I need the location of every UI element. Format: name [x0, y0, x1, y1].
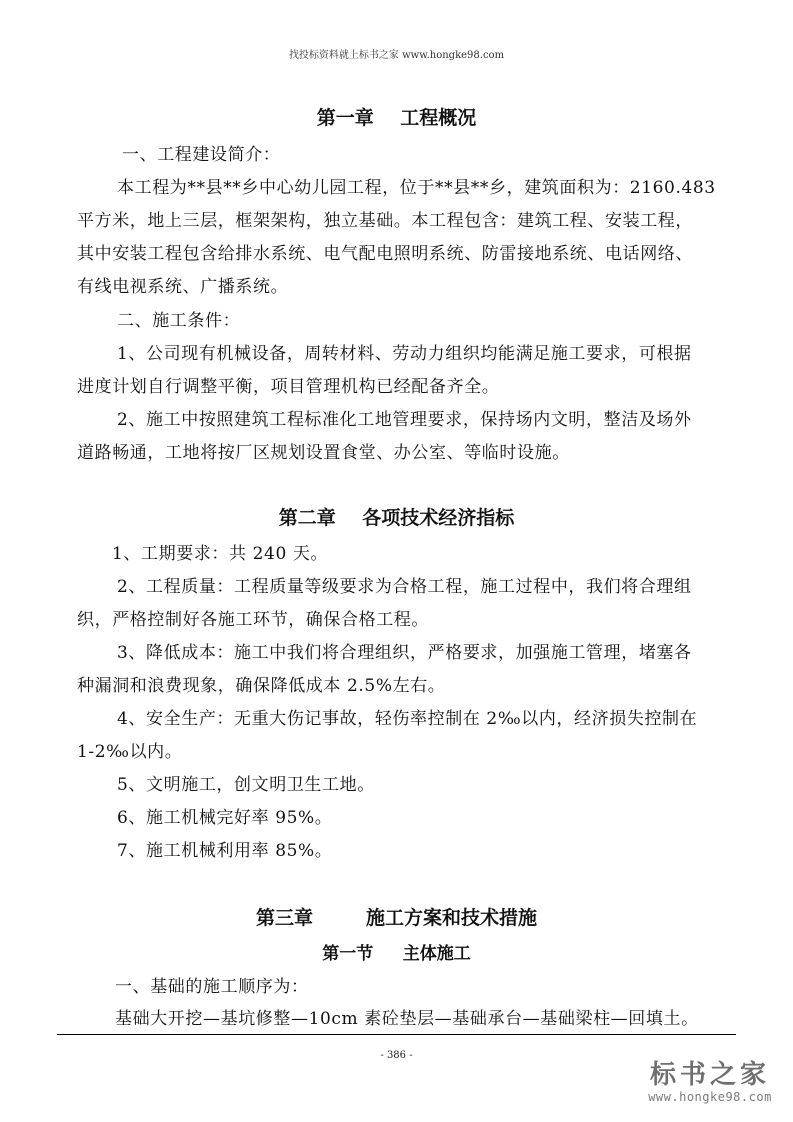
- section-1-title: 一、工程建设简介：: [122, 140, 280, 165]
- indicator-line: 3、降低成本：施工中我们将合理组织，严格要求，加强施工管理，堵塞各: [117, 638, 692, 663]
- header-watermark-note: 找投标资料就上标书之家 www.hongke98.com: [0, 46, 793, 61]
- footer-rule: [57, 1034, 736, 1035]
- logo-url: www.hongke98.com: [635, 1090, 785, 1104]
- chapter-2-title: 第二章 各项技术经济指标: [0, 503, 793, 530]
- indicator-line: 7、施工机械利用率 85%。: [117, 836, 332, 861]
- logo-text: 标书之家: [635, 1060, 785, 1090]
- indicator-line: 织，严格控制好各施工环节，确保合格工程。: [77, 605, 429, 630]
- indicator-line: 1-2‰以内。: [77, 737, 182, 762]
- section-2-title: 二、施工条件：: [117, 306, 240, 331]
- paragraph-line: 平方米，地上三层，框架架构，独立基础。本工程包含：建筑工程、安装工程，: [77, 206, 693, 231]
- paragraph-line: 基础大开挖—基坑修整—10cm 素砼垫层—基础承台—基础梁柱—回填土。: [115, 1004, 699, 1029]
- paragraph-line: 本工程为**县**乡中心幼儿园工程，位于**县**乡，建筑面积为：2160.48…: [117, 173, 716, 198]
- indicator-line: 2、工程质量：工程质量等级要求为合格工程，施工过程中，我们将合理组: [117, 572, 692, 597]
- indicator-line: 4、安全生产：无重大伤记事故，轻伤率控制在 2‰以内，经济损失控制在: [117, 704, 697, 729]
- paragraph-line: 进度计划自行调整平衡，项目管理机构已经配备齐全。: [77, 372, 499, 397]
- paragraph-line: 2、施工中按照建筑工程标准化工地管理要求，保持场内文明，整洁及场外: [117, 405, 692, 430]
- paragraph-line: 道路畅通，工地将按厂区规划设置食堂、办公室、等临时设施。: [77, 438, 570, 463]
- chapter-3-title: 第三章 施工方案和技术措施: [0, 903, 793, 930]
- indicator-line: 1、工期要求：共 240 天。: [112, 539, 328, 564]
- indicator-line: 5、文明施工，创文明卫生工地。: [117, 770, 375, 795]
- paragraph-line: 1、公司现有机械设备，周转材料、劳动力组织均能满足施工要求，可根据: [117, 339, 692, 364]
- subsection-title: 一、基础的施工顺序为：: [115, 972, 309, 997]
- paragraph-line: 有线电视系统、广播系统。: [77, 272, 288, 297]
- paragraph-line: 其中安装工程包含给排水系统、电气配电照明系统、防雷接地系统、电话网络、: [77, 239, 693, 264]
- indicator-line: 6、施工机械完好率 95%。: [117, 803, 332, 828]
- section-title: 第一节 主体施工: [0, 939, 793, 964]
- indicator-line: 种漏洞和浪费现象，确保降低成本 2.5%左右。: [77, 671, 445, 696]
- chapter-1-title: 第一章 工程概况: [0, 103, 793, 130]
- watermark-logo: 标书之家 www.hongke98.com: [635, 1060, 785, 1104]
